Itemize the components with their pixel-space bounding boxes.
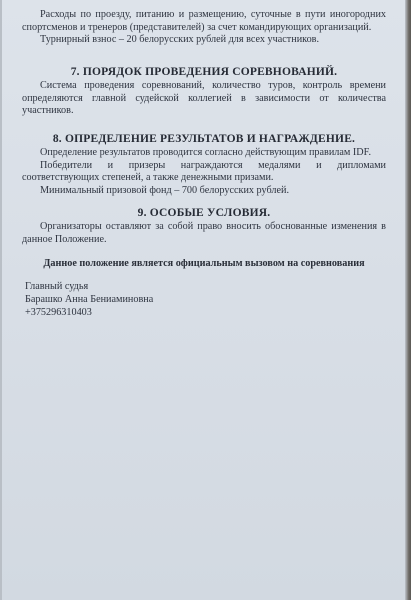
signature-phone: +375296310403 xyxy=(25,307,153,320)
page-left-edge xyxy=(0,0,2,600)
intro-paragraph-expenses: Расходы по проезду, питанию и размещению… xyxy=(22,9,386,34)
section-9-paragraph: Организаторы оставляют за собой право вн… xyxy=(22,221,386,246)
section-7-paragraph: Система проведения соревнований, количес… xyxy=(22,80,386,118)
official-notice: Данное положение является официальным вы… xyxy=(22,258,386,269)
section-9-body: Организаторы оставляют за собой право вн… xyxy=(22,221,386,246)
signature-block: Главный судья Барашко Анна Бениаминовна … xyxy=(25,281,153,319)
signature-name: Барашко Анна Бениаминовна xyxy=(25,294,153,307)
page-right-edge xyxy=(405,0,411,600)
section-8-paragraph-rules: Определение результатов проводится согла… xyxy=(22,147,386,160)
section-8-heading: 8. ОПРЕДЕЛЕНИЕ РЕЗУЛЬТАТОВ И НАГРАЖДЕНИЕ… xyxy=(22,133,386,145)
section-8-body: Определение результатов проводится согла… xyxy=(22,147,386,197)
document-page: Расходы по проезду, питанию и размещению… xyxy=(0,0,405,600)
section-8-paragraph-prize-fund: Минимальный призовой фонд – 700 белорусс… xyxy=(22,185,386,198)
signature-title: Главный судья xyxy=(25,281,153,294)
section-9-heading: 9. ОСОБЫЕ УСЛОВИЯ. xyxy=(22,207,386,219)
section-7-heading: 7. ПОРЯДОК ПРОВЕДЕНИЯ СОРЕВНОВАНИЙ. xyxy=(22,66,386,78)
intro-paragraph-fee: Турнирный взнос – 20 белорусских рублей … xyxy=(22,34,386,47)
intro-section: Расходы по проезду, питанию и размещению… xyxy=(22,9,386,47)
section-8-paragraph-awards: Победители и призеры награждаются медаля… xyxy=(22,160,386,185)
section-7-body: Система проведения соревнований, количес… xyxy=(22,80,386,118)
